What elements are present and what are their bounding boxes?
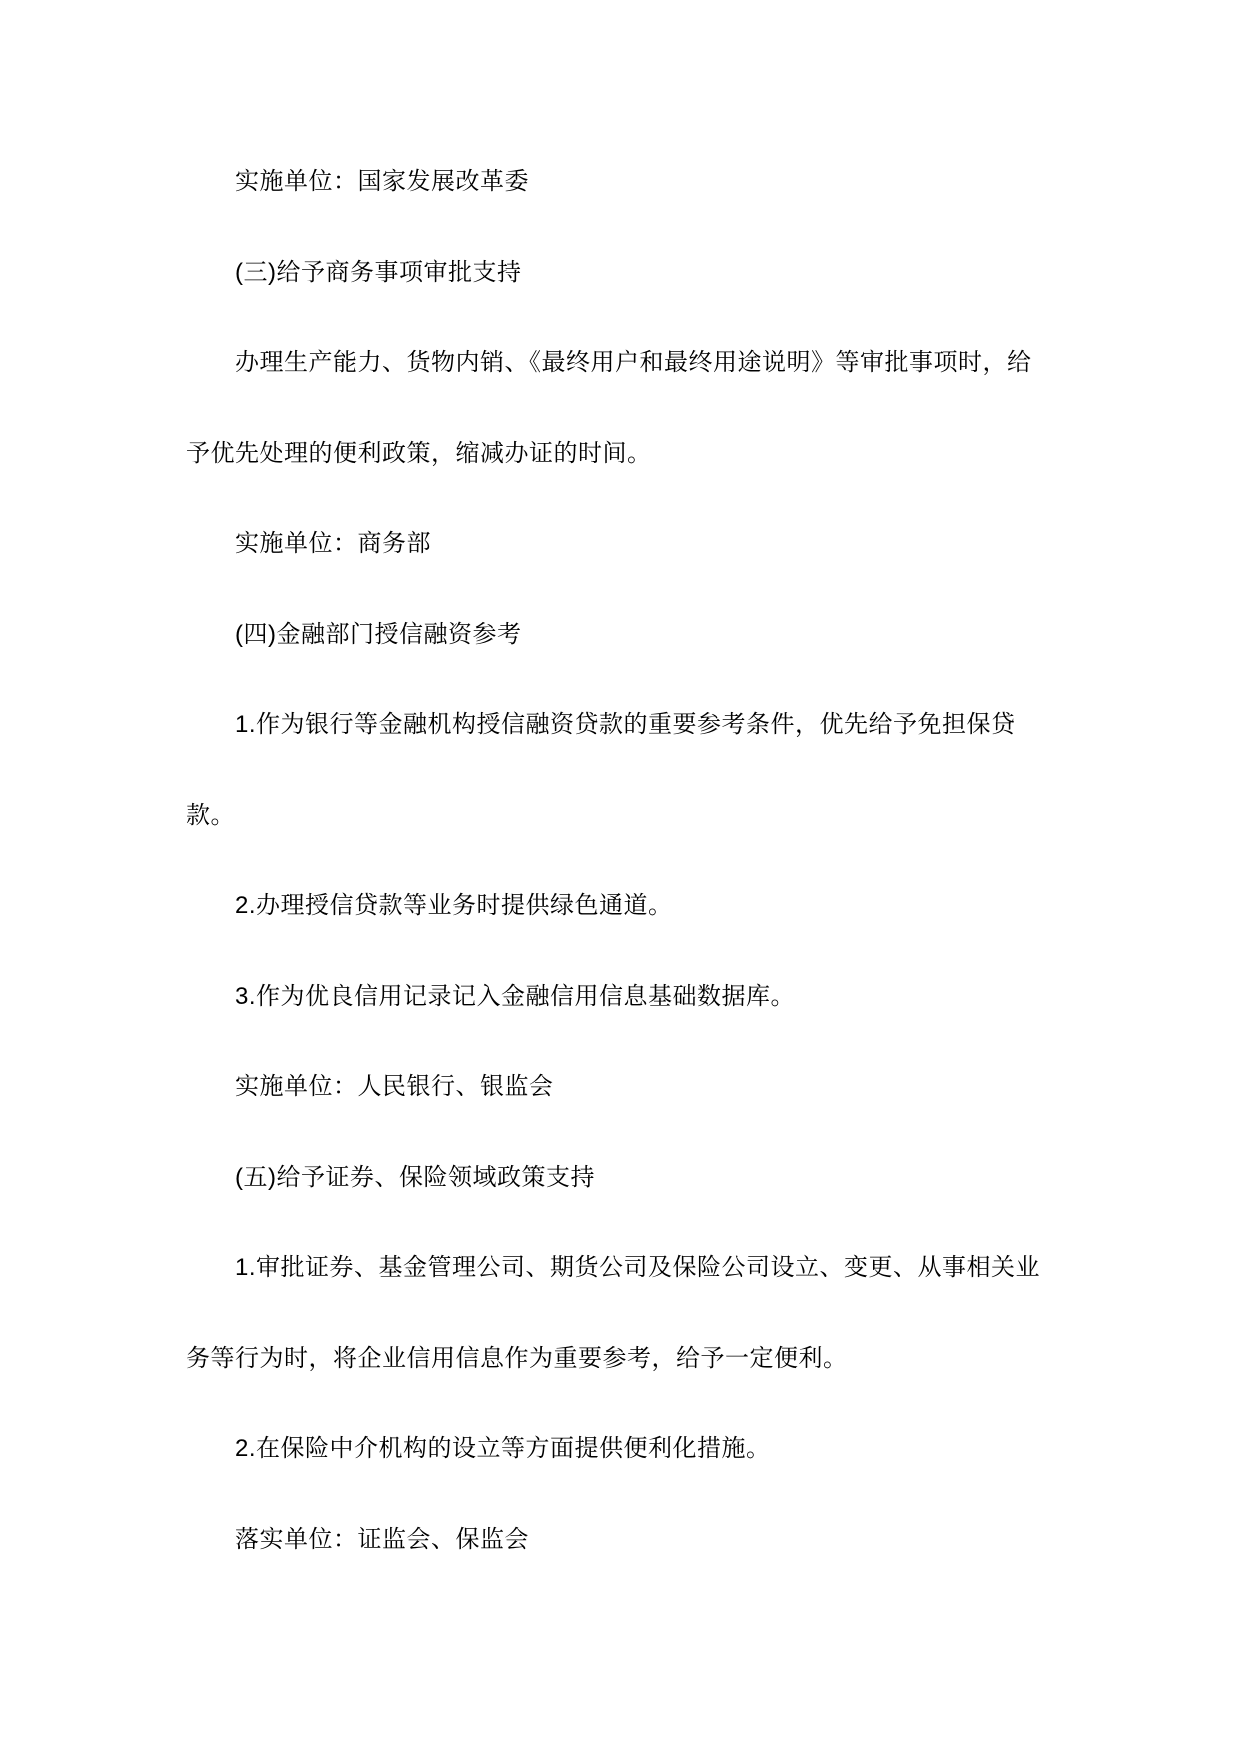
implementing-unit-mofcom-line: 实施单位：商务部 — [186, 499, 1071, 590]
securities-item-2-line: 2.在保险中介机构的设立等方面提供便利化措施。 — [186, 1404, 1071, 1495]
section-heading-four: (四)金融部门授信融资参考 — [186, 590, 1071, 681]
finance-item-1-line-2: 款。 — [186, 771, 1071, 862]
commerce-approval-paragraph-line-1: 办理生产能力、货物内销、《最终用户和最终用途说明》等审批事项时，给 — [186, 318, 1071, 409]
finance-item-3-line: 3.作为优良信用记录记入金融信用信息基础数据库。 — [186, 952, 1071, 1043]
finance-item-2-line: 2.办理授信贷款等业务时提供绿色通道。 — [186, 861, 1071, 952]
securities-item-1-line-2: 务等行为时，将企业信用信息作为重要参考，给予一定便利。 — [186, 1314, 1071, 1405]
document-page: 实施单位：国家发展改革委 (三)给予商务事项审批支持 办理生产能力、货物内销、《… — [0, 0, 1241, 1754]
implementing-unit-ndrc-line: 实施单位：国家发展改革委 — [186, 137, 1071, 228]
section-heading-five: (五)给予证券、保险领域政策支持 — [186, 1133, 1071, 1224]
finance-item-1-line-1: 1.作为银行等金融机构授信融资贷款的重要参考条件，优先给予免担保贷 — [186, 680, 1071, 771]
section-heading-three: (三)给予商务事项审批支持 — [186, 228, 1071, 319]
document-body: 实施单位：国家发展改革委 (三)给予商务事项审批支持 办理生产能力、货物内销、《… — [186, 137, 1071, 1585]
securities-item-1-line-1: 1.审批证券、基金管理公司、期货公司及保险公司设立、变更、从事相关业 — [186, 1223, 1071, 1314]
implementing-unit-csrc-circ-line: 落实单位：证监会、保监会 — [186, 1495, 1071, 1586]
implementing-unit-banks-line: 实施单位：人民银行、银监会 — [186, 1042, 1071, 1133]
commerce-approval-paragraph-line-2: 予优先处理的便利政策，缩减办证的时间。 — [186, 409, 1071, 500]
